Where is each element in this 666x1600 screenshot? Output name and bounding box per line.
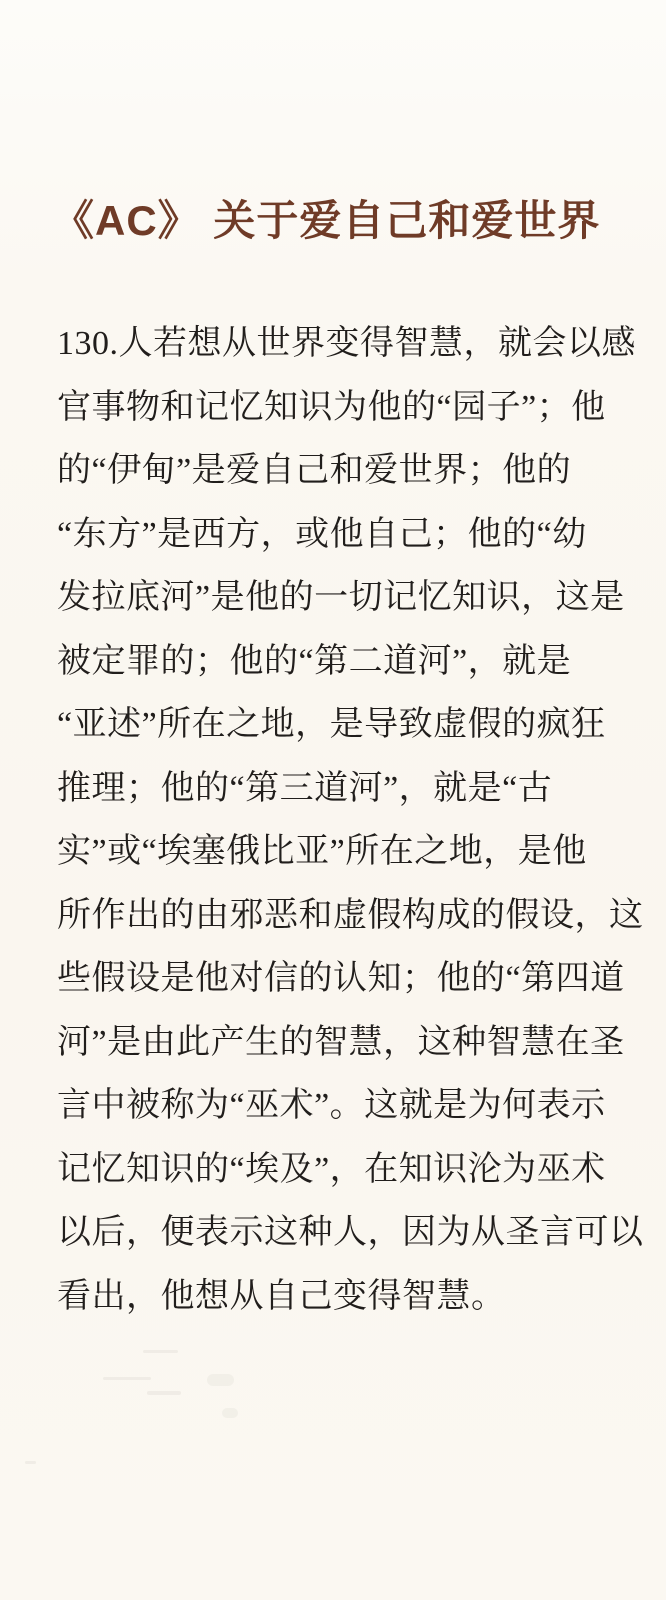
text-line: 实”或“埃塞俄比亚”所在之地，是他: [57, 820, 632, 884]
faint-smudge-mark: [207, 1374, 234, 1386]
text-line: 官事物和记忆知识为他的“园子”；他: [57, 376, 632, 440]
text-line: 发拉底河”是他的一切记忆知识，这是: [57, 566, 632, 630]
faint-smudge-mark: [147, 1391, 181, 1395]
text-line: “亚述”所在之地，是导致虚假的疯狂: [57, 693, 632, 757]
faint-smudge-mark: [143, 1350, 178, 1353]
faint-smudge-mark: [222, 1408, 238, 1418]
text-line: 看出，他想从自己变得智慧。: [57, 1265, 632, 1329]
text-line: 记忆知识的“埃及”，在知识沦为巫术: [57, 1138, 632, 1202]
text-line: 言中被称为“巫术”。这就是为何表示: [57, 1074, 632, 1138]
faint-smudge-mark: [103, 1377, 151, 1380]
text-line: 些假设是他对信的认知；他的“第四道: [57, 947, 632, 1011]
body-text: 130.人若想从世界变得智慧，就会以感官事物和记忆知识为他的“园子”；他的“伊甸…: [57, 312, 632, 1328]
document-page: 《AC》 关于爱自己和爱世界 130.人若想从世界变得智慧，就会以感官事物和记忆…: [0, 0, 666, 1600]
text-line: 130.人若想从世界变得智慧，就会以感: [57, 312, 632, 376]
text-line: 河”是由此产生的智慧，这种智慧在圣: [57, 1011, 632, 1075]
text-line: 被定罪的；他的“第二道河”，就是: [57, 630, 632, 694]
text-line: 所作出的由邪恶和虚假构成的假设，这: [57, 884, 632, 948]
text-line: “东方”是西方，或他自己；他的“幼: [57, 503, 632, 567]
text-line: 推理；他的“第三道河”，就是“古: [57, 757, 632, 821]
faint-smudge-mark: [25, 1461, 36, 1464]
page-title: 《AC》 关于爱自己和爱世界: [52, 196, 600, 246]
text-line: 的“伊甸”是爱自己和爱世界；他的: [57, 439, 632, 503]
text-line: 以后，便表示这种人，因为从圣言可以: [57, 1201, 632, 1265]
